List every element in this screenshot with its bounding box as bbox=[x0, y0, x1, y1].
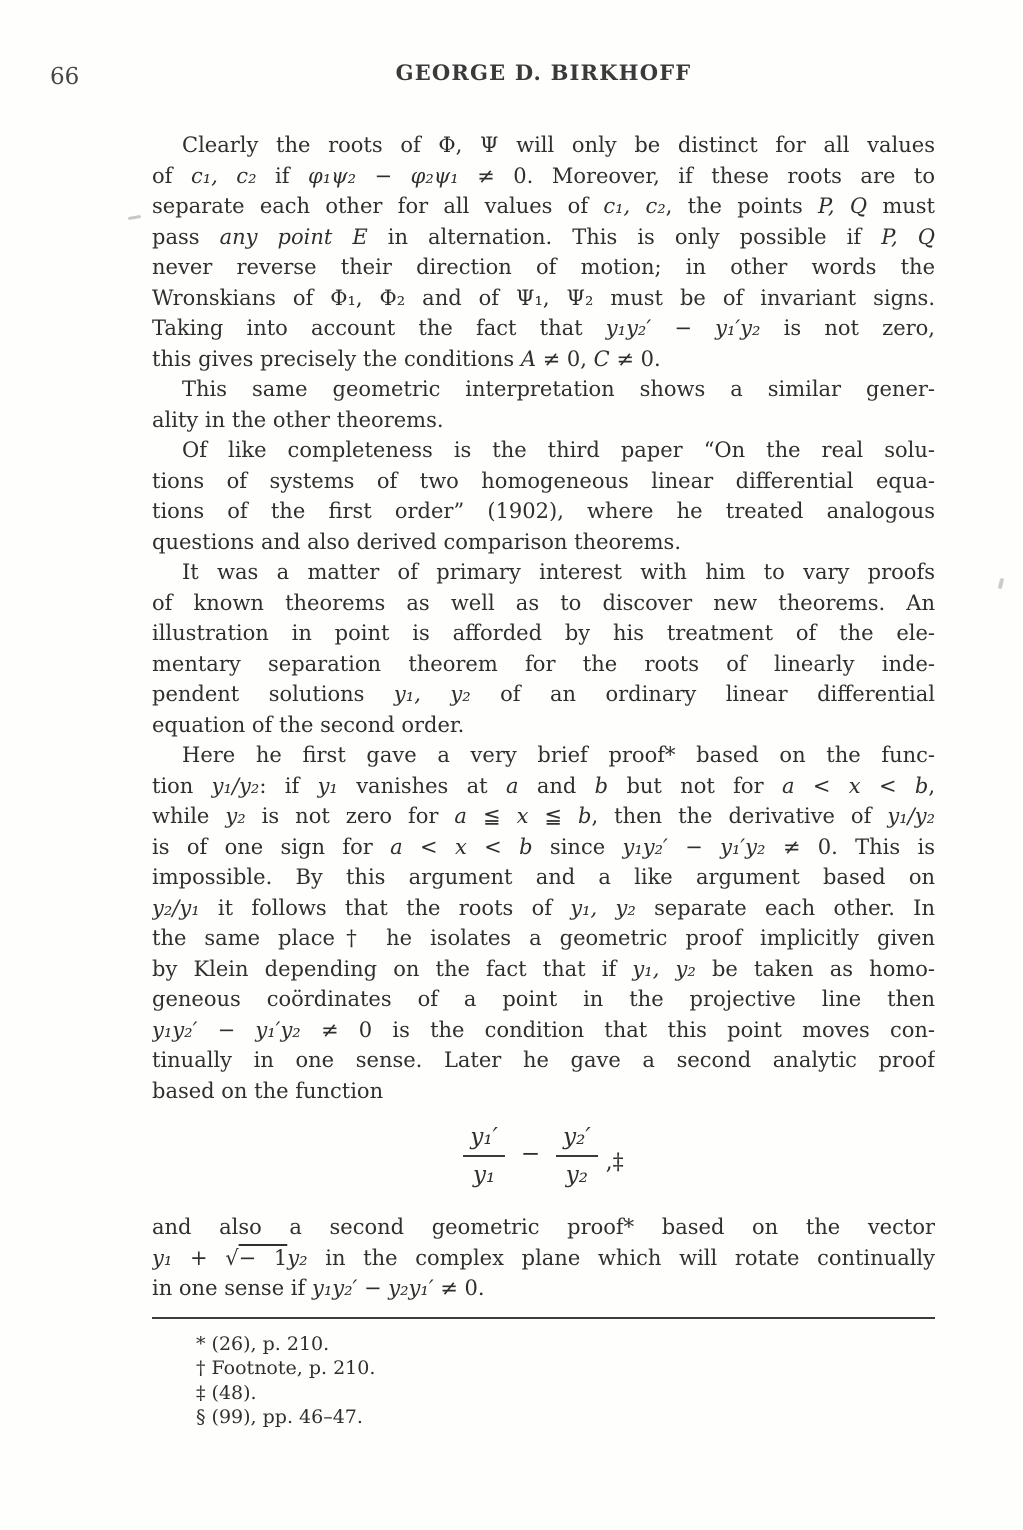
text-segment: Here he first gave a very brief proof* b… bbox=[182, 743, 935, 767]
text-segment: : if bbox=[259, 774, 317, 798]
text-segment: must bbox=[867, 194, 935, 218]
text-line: illustration in point is afforded by his… bbox=[152, 618, 935, 649]
text-segment: separate each other. In bbox=[636, 896, 935, 920]
text-segment: tion bbox=[152, 774, 212, 798]
displayed-equation: y₁′ y₁ − y₂′ y₂ ,‡ bbox=[152, 1104, 935, 1208]
text-line: tion y₁/y₂: if y₁ vanishes at a and b bu… bbox=[152, 771, 935, 802]
text-segment: it follows that the roots of bbox=[200, 896, 571, 920]
text-segment: , bbox=[928, 774, 935, 798]
math-segment: c₁, c₂ bbox=[603, 194, 665, 218]
math-segment: any point E bbox=[220, 225, 368, 249]
equation-footnote-mark: ,‡ bbox=[606, 1150, 624, 1175]
text-segment: tions of systems of two homogeneous line… bbox=[152, 469, 935, 493]
math-segment: y₁y₂′ bbox=[622, 835, 667, 859]
text-segment: < bbox=[467, 835, 519, 859]
text-line: Here he first gave a very brief proof* b… bbox=[152, 740, 935, 771]
text-line: y₁ + √− 1y₂ in the complex plane which w… bbox=[152, 1243, 935, 1274]
text-segment: in the complex plane which will rotate c… bbox=[308, 1246, 935, 1270]
text-segment: − bbox=[356, 164, 411, 188]
math-segment: y₁y₂′ bbox=[312, 1276, 357, 1300]
text-line: tions of systems of two homogeneous line… bbox=[152, 466, 935, 497]
math-segment: y₁y₂′ bbox=[152, 1018, 197, 1042]
text-line: the same place† he isolates a geometric … bbox=[152, 923, 935, 954]
body-text-top: Clearly the roots of Φ, Ψ will only be d… bbox=[152, 130, 935, 1106]
text-line: tinually in one sense. Later he gave a s… bbox=[152, 1045, 935, 1076]
text-line: is of one sign for a < x < b since y₁y₂′… bbox=[152, 832, 935, 863]
text-segment: , then the derivative of bbox=[591, 804, 887, 828]
fraction-numerator: y₁′ bbox=[463, 1124, 504, 1157]
text-segment: < bbox=[794, 774, 848, 798]
math-segment: φ₁ψ₂ bbox=[308, 164, 356, 188]
text-segment: ≠ 0. bbox=[434, 1276, 485, 1300]
text-line: equation of the second order. bbox=[152, 710, 935, 741]
text-segment: + √ bbox=[172, 1246, 238, 1270]
text-segment: geneous coördinates of a point in the pr… bbox=[152, 987, 935, 1011]
text-line: based on the function bbox=[152, 1076, 935, 1107]
text-line: never reverse their direction of motion;… bbox=[152, 252, 935, 283]
math-segment: a bbox=[782, 774, 795, 798]
text-line: mentary separation theorem for the roots… bbox=[152, 649, 935, 680]
text-line: impossible. By this argument and a like … bbox=[152, 862, 935, 893]
text-segment: questions and also derived comparison th… bbox=[152, 530, 681, 554]
text-segment: equation of the second order. bbox=[152, 713, 464, 737]
text-segment: − bbox=[668, 835, 720, 859]
text-line: Of like completeness is the third paper … bbox=[152, 435, 935, 466]
text-segment: It was a matter of primary interest with… bbox=[182, 560, 935, 584]
footnote: § (99), pp. 46–47. bbox=[196, 1405, 936, 1429]
footnote: ‡ (48). bbox=[196, 1381, 936, 1405]
math-segment: y₁, y₂ bbox=[570, 896, 636, 920]
text-segment: is of one sign for bbox=[152, 835, 390, 859]
text-line: tions of the first order” (1902), where … bbox=[152, 496, 935, 527]
text-segment: in one sense if bbox=[152, 1276, 312, 1300]
text-segment: vanishes at bbox=[338, 774, 506, 798]
text-segment: illustration in point is afforded by his… bbox=[152, 621, 935, 645]
footnote: * (26), p. 210. bbox=[196, 1332, 936, 1356]
text-line: and also a second geometric proof* based… bbox=[152, 1212, 935, 1243]
text-segment: is not zero for bbox=[246, 804, 455, 828]
text-line: while y₂ is not zero for a ≦ x ≦ b, then… bbox=[152, 801, 935, 832]
text-segment: ≠ 0. Moreover, if these roots are to bbox=[459, 164, 935, 188]
text-line: of known theorems as well as to discover… bbox=[152, 588, 935, 619]
text-segment: but not for bbox=[608, 774, 782, 798]
text-line: ality in the other theorems. bbox=[152, 405, 935, 436]
math-segment: y₁′y₂ bbox=[255, 1018, 300, 1042]
text-segment: pass bbox=[152, 225, 220, 249]
text-segment: if bbox=[256, 164, 308, 188]
math-segment: y₂ bbox=[287, 1246, 307, 1270]
running-header: GEORGE D. BIRKHOFF bbox=[152, 60, 935, 85]
text-segment: − bbox=[357, 1276, 388, 1300]
math-segment: c₁, c₂ bbox=[191, 164, 257, 188]
text-segment: ≠ 0. bbox=[610, 347, 661, 371]
footnote-rule bbox=[152, 1317, 935, 1319]
math-segment: b bbox=[915, 774, 928, 798]
text-segment: of bbox=[152, 164, 191, 188]
math-segment: y₂y₁′ bbox=[388, 1276, 433, 1300]
text-segment: tinually in one sense. Later he gave a s… bbox=[152, 1048, 935, 1072]
text-segment: − bbox=[651, 316, 715, 340]
text-segment: − 1 bbox=[239, 1246, 288, 1270]
text-line: This same geometric interpretation shows… bbox=[152, 374, 935, 405]
text-line: pendent solutions y₁, y₂ of an ordinary … bbox=[152, 679, 935, 710]
text-segment: this gives precisely the conditions bbox=[152, 347, 521, 371]
math-segment: a bbox=[506, 774, 519, 798]
text-segment: while bbox=[152, 804, 225, 828]
text-segment: by Klein depending on the fact that if bbox=[152, 957, 632, 981]
math-segment: y₁ bbox=[318, 774, 338, 798]
math-segment: x bbox=[517, 804, 529, 828]
text-segment: the same place† he isolates a geometric … bbox=[152, 926, 935, 950]
math-segment: φ₂ψ₁ bbox=[411, 164, 459, 188]
text-segment: ality in the other theorems. bbox=[152, 408, 444, 432]
scan-artifact bbox=[128, 215, 141, 220]
text-segment: < bbox=[403, 835, 455, 859]
fraction-numerator: y₂′ bbox=[556, 1124, 597, 1157]
text-segment: impossible. By this argument and a like … bbox=[152, 865, 935, 889]
math-segment: a bbox=[390, 835, 403, 859]
body-text-bottom: and also a second geometric proof* based… bbox=[152, 1212, 935, 1304]
fraction-second: y₂′ y₂ bbox=[556, 1124, 597, 1188]
text-segment: ≠ 0 is the condition that this point mov… bbox=[301, 1018, 935, 1042]
math-segment: y₁ bbox=[152, 1246, 172, 1270]
math-segment: b bbox=[578, 804, 591, 828]
text-segment: in alternation. This is only possible if bbox=[368, 225, 882, 249]
text-line: by Klein depending on the fact that if y… bbox=[152, 954, 935, 985]
text-segment: < bbox=[861, 774, 915, 798]
math-segment: y₁′y₂ bbox=[715, 316, 760, 340]
fraction-denominator: y₂ bbox=[566, 1157, 588, 1188]
text-line: Wronskians of Φ₁, Φ₂ and of Ψ₁, Ψ₂ must … bbox=[152, 283, 935, 314]
text-line: in one sense if y₁y₂′ − y₂y₁′ ≠ 0. bbox=[152, 1273, 935, 1304]
text-segment: pendent solutions bbox=[152, 682, 394, 706]
text-line: of c₁, c₂ if φ₁ψ₂ − φ₂ψ₁ ≠ 0. Moreover, … bbox=[152, 161, 935, 192]
text-segment: Taking into account the fact that bbox=[152, 316, 606, 340]
text-segment: , the points bbox=[666, 194, 818, 218]
math-segment: b bbox=[595, 774, 608, 798]
math-segment: a bbox=[454, 804, 467, 828]
math-segment: P, Q bbox=[818, 194, 867, 218]
text-line: Taking into account the fact that y₁y₂′ … bbox=[152, 313, 935, 344]
text-segment: separate each other for all values of bbox=[152, 194, 603, 218]
text-segment: tions of the first order” (1902), where … bbox=[152, 499, 935, 523]
book-page: 66 GEORGE D. BIRKHOFF Clearly the roots … bbox=[0, 0, 1023, 1530]
math-segment: A bbox=[521, 347, 536, 371]
text-segment: be taken as homo- bbox=[696, 957, 935, 981]
text-segment: ≠ 0, bbox=[536, 347, 594, 371]
text-segment: of known theorems as well as to discover… bbox=[152, 591, 935, 615]
text-line: separate each other for all values of c₁… bbox=[152, 191, 935, 222]
text-line: geneous coördinates of a point in the pr… bbox=[152, 984, 935, 1015]
text-line: this gives precisely the conditions A ≠ … bbox=[152, 344, 935, 375]
page-number: 66 bbox=[50, 64, 79, 90]
math-segment: y₁y₂′ bbox=[606, 316, 651, 340]
text-line: pass any point E in alternation. This is… bbox=[152, 222, 935, 253]
text-segment: − bbox=[197, 1018, 255, 1042]
text-segment: and also a second geometric proof* based… bbox=[152, 1215, 935, 1239]
footnote: † Footnote, p. 210. bbox=[196, 1356, 936, 1380]
math-segment: y₁′y₂ bbox=[720, 835, 765, 859]
text-segment: based on the function bbox=[152, 1079, 383, 1103]
text-segment: This same geometric interpretation shows… bbox=[182, 377, 935, 401]
math-segment: y₁, y₂ bbox=[394, 682, 471, 706]
math-segment: b bbox=[519, 835, 532, 859]
text-line: Clearly the roots of Φ, Ψ will only be d… bbox=[152, 130, 935, 161]
minus-sign: − bbox=[521, 1141, 540, 1167]
math-segment: P, Q bbox=[881, 225, 935, 249]
scan-artifact bbox=[998, 578, 1005, 590]
fraction-first: y₁′ y₁ bbox=[463, 1124, 504, 1188]
text-line: It was a matter of primary interest with… bbox=[152, 557, 935, 588]
text-segment: of an ordinary linear differential bbox=[471, 682, 935, 706]
text-line: y₂/y₁ it follows that the roots of y₁, y… bbox=[152, 893, 935, 924]
text-segment: Wronskians of Φ₁, Φ₂ and of Ψ₁, Ψ₂ must … bbox=[152, 286, 935, 310]
math-segment: y₁, y₂ bbox=[632, 957, 695, 981]
text-segment: is not zero, bbox=[760, 316, 935, 340]
math-segment: y₂ bbox=[225, 804, 245, 828]
math-segment: y₁/y₂ bbox=[212, 774, 260, 798]
text-segment: since bbox=[533, 835, 623, 859]
math-segment: C bbox=[594, 347, 610, 371]
text-segment: mentary separation theorem for the roots… bbox=[152, 652, 935, 676]
text-segment: ≦ bbox=[467, 804, 517, 828]
text-line: y₁y₂′ − y₁′y₂ ≠ 0 is the condition that … bbox=[152, 1015, 935, 1046]
text-segment: Clearly the roots of Φ, Ψ will only be d… bbox=[182, 133, 935, 157]
math-segment: x bbox=[455, 835, 467, 859]
text-segment: ≦ bbox=[528, 804, 578, 828]
math-segment: y₁/y₂ bbox=[887, 804, 935, 828]
math-segment: x bbox=[849, 774, 861, 798]
text-segment: never reverse their direction of motion;… bbox=[152, 255, 935, 279]
text-segment: Of like completeness is the third paper … bbox=[182, 438, 935, 462]
math-segment: y₂/y₁ bbox=[152, 896, 200, 920]
fraction-denominator: y₁ bbox=[473, 1157, 495, 1188]
text-segment: and bbox=[519, 774, 595, 798]
text-line: questions and also derived comparison th… bbox=[152, 527, 935, 558]
footnotes: * (26), p. 210.† Footnote, p. 210.‡ (48)… bbox=[196, 1332, 936, 1429]
text-segment: ≠ 0. This is bbox=[765, 835, 935, 859]
